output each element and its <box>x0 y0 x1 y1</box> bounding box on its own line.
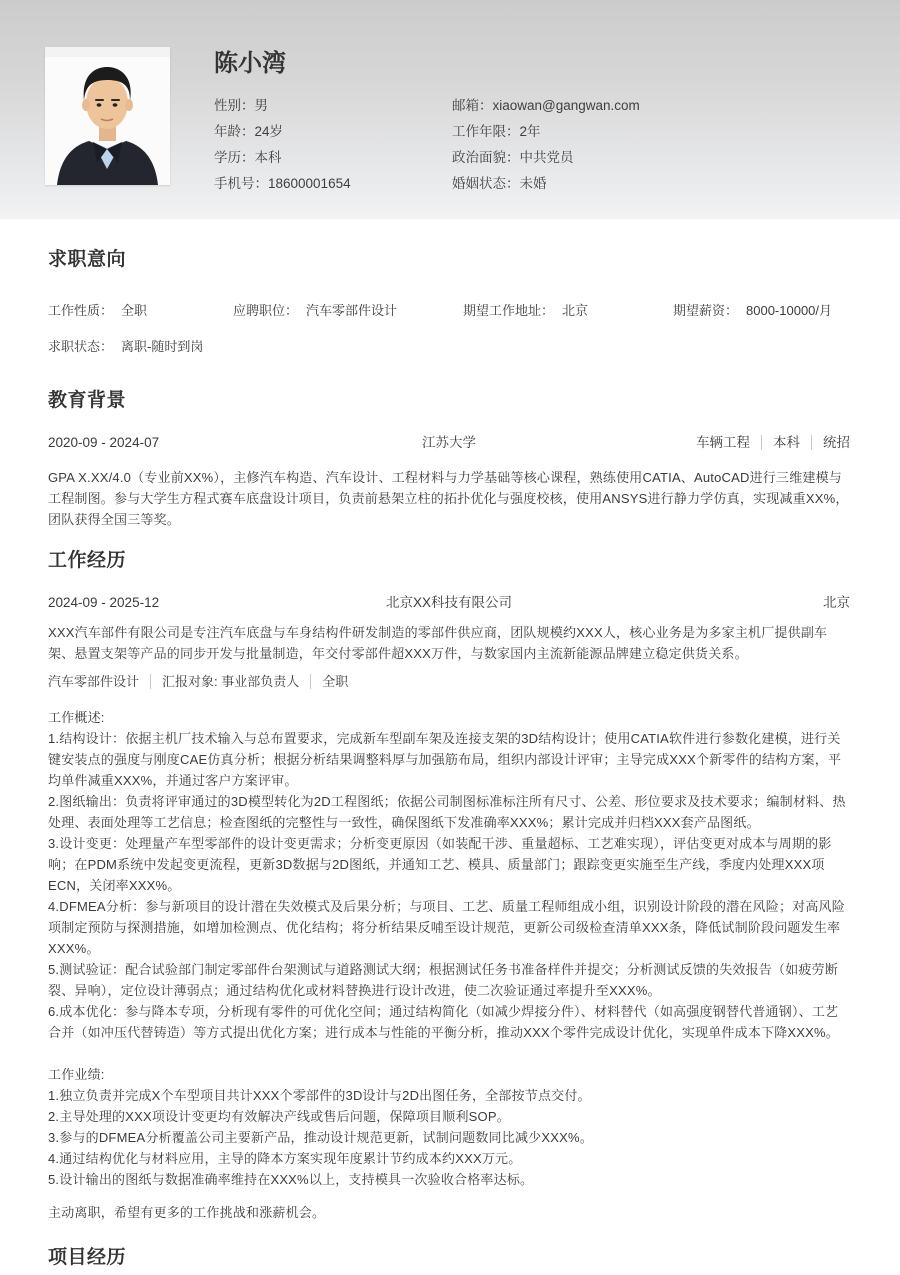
header-info: 陈小湾 性别：男 邮箱：xiaowan@gangwan.com 年龄：24岁 工… <box>214 50 850 196</box>
education-description: GPA X.XX/4.0（专业前XX%），主修汽车构造、汽车设计、工程材料与力学… <box>48 467 850 530</box>
education-period: 2020-09 - 2024-07 <box>48 435 299 450</box>
overview-item-6: 6.成本优化：参与降本专项，分析现有零件的可优化空间；通过结构简化（如减少焊接分… <box>48 1001 850 1043</box>
info-marital-status: 婚姻状态：未婚 <box>452 173 850 194</box>
achievement-item-2: 2.主导处理的XXX项设计变更均有效解决产线或售后问题，保障项目顺利SOP。 <box>48 1106 850 1127</box>
achievement-item-3: 3.参与的DFMEA分析覆盖公司主要新产品，推动设计规范更新，试制问题数同比减少… <box>48 1127 850 1148</box>
intent-salary: 期望薪资：8000-10000/月 <box>673 304 850 318</box>
intent-job-nature: 工作性质：全职 <box>48 304 233 318</box>
overview-item-1: 1.结构设计：依据主机厂技术输入与总布置要求，完成新车型副车架及连接支架的3D结… <box>48 728 850 791</box>
info-work-years: 工作年限：2年 <box>452 121 850 142</box>
profile-photo <box>45 47 170 185</box>
education-major-degree: 车辆工程本科统招 <box>599 435 850 450</box>
achievement-item-5: 5.设计输出的图纸与数据准确率维持在XXX%以上，支持模具一次验收合格率达标。 <box>48 1169 850 1190</box>
work-job-type: 全职 <box>310 674 359 689</box>
education-enrollment-type: 统招 <box>811 435 850 450</box>
candidate-name: 陈小湾 <box>214 50 850 78</box>
work-position-row: 汽车零部件设计汇报对象: 事业部负责人全职 <box>48 674 850 689</box>
resume-body: 求职意向 工作性质：全职 应聘职位：汽车零部件设计 期望工作地址：北京 期望薪资… <box>0 249 900 1268</box>
achievement-item-1: 1.独立负责并完成X个车型项目共计XXX个零部件的3D设计与2D出图任务，全部按… <box>48 1085 850 1106</box>
project-title: 项目经历 <box>48 1247 850 1268</box>
achievement-item-4: 4.通过结构优化与材料应用，主导的降本方案实现年度累计节约成本约XXX万元。 <box>48 1148 850 1169</box>
work-report-to: 汇报对象: 事业部负责人 <box>150 674 310 689</box>
portrait-illustration <box>45 47 170 185</box>
work-title: 工作经历 <box>48 550 850 571</box>
work-company: 北京XX科技有限公司 <box>299 595 600 610</box>
work-achievements-block: 工作业绩: 1.独立负责并完成X个车型项目共计XXX个零部件的3D设计与2D出图… <box>48 1064 850 1190</box>
education-major: 车辆工程 <box>696 435 761 450</box>
info-degree: 学历：本科 <box>214 147 452 168</box>
work-period: 2024-09 - 2025-12 <box>48 595 299 610</box>
education-school: 江苏大学 <box>299 435 600 450</box>
work-overview-block: 工作概述: 1.结构设计：依据主机厂技术输入与总布置要求，完成新车型副车架及连接… <box>48 707 850 1043</box>
info-phone: 手机号：18600001654 <box>214 173 452 194</box>
section-project-experience: 项目经历 <box>48 1247 850 1268</box>
info-email: 邮箱：xiaowan@gangwan.com <box>452 95 850 116</box>
education-degree: 本科 <box>761 435 811 450</box>
work-position: 汽车零部件设计 <box>48 674 150 689</box>
company-description: XXX汽车部件有限公司是专注汽车底盘与车身结构件研发制造的零部件供应商，团队规模… <box>48 622 850 664</box>
resume-header: 陈小湾 性别：男 邮箱：xiaowan@gangwan.com 年龄：24岁 工… <box>0 0 900 219</box>
overview-item-5: 5.测试验证：配合试验部门制定零部件台架测试与道路测试大纲；根据测试任务书准备样… <box>48 959 850 1001</box>
job-intent-row: 工作性质：全职 应聘职位：汽车零部件设计 期望工作地址：北京 期望薪资：8000… <box>48 304 850 318</box>
work-achievements-title: 工作业绩: <box>48 1064 850 1085</box>
resume-page: 陈小湾 性别：男 邮箱：xiaowan@gangwan.com 年龄：24岁 工… <box>0 0 900 1268</box>
work-location: 北京 <box>599 595 850 610</box>
section-work-experience: 工作经历 2024-09 - 2025-12 北京XX科技有限公司 北京 XXX… <box>48 550 850 1223</box>
section-job-intent: 求职意向 工作性质：全职 应聘职位：汽车零部件设计 期望工作地址：北京 期望薪资… <box>48 249 850 354</box>
overview-item-4: 4.DFMEA分析：参与新项目的设计潜在失效模式及后果分析；与项目、工艺、质量工… <box>48 896 850 959</box>
intent-location: 期望工作地址：北京 <box>463 304 673 318</box>
info-gender: 性别：男 <box>214 95 452 116</box>
leave-reason: 主动离职，希望有更多的工作挑战和涨薪机会。 <box>48 1202 850 1223</box>
intent-status: 求职状态：离职-随时到岗 <box>48 340 850 354</box>
work-overview-title: 工作概述: <box>48 707 850 728</box>
work-meta-row: 2024-09 - 2025-12 北京XX科技有限公司 北京 <box>48 595 850 610</box>
intent-position: 应聘职位：汽车零部件设计 <box>233 304 463 318</box>
education-title: 教育背景 <box>48 390 850 411</box>
info-age: 年龄：24岁 <box>214 121 452 142</box>
basic-info-grid: 性别：男 邮箱：xiaowan@gangwan.com 年龄：24岁 工作年限：… <box>214 92 850 196</box>
overview-item-3: 3.设计变更：处理量产车型零部件的设计变更需求；分析变更原因（如装配干涉、重量超… <box>48 833 850 896</box>
info-political-status: 政治面貌：中共党员 <box>452 147 850 168</box>
job-intent-title: 求职意向 <box>48 249 850 270</box>
section-education: 教育背景 2020-09 - 2024-07 江苏大学 车辆工程本科统招 GPA… <box>48 390 850 530</box>
education-meta-row: 2020-09 - 2024-07 江苏大学 车辆工程本科统招 <box>48 435 850 450</box>
overview-item-2: 2.图纸输出：负责将评审通过的3D模型转化为2D工程图纸；依据公司制图标准标注所… <box>48 791 850 833</box>
